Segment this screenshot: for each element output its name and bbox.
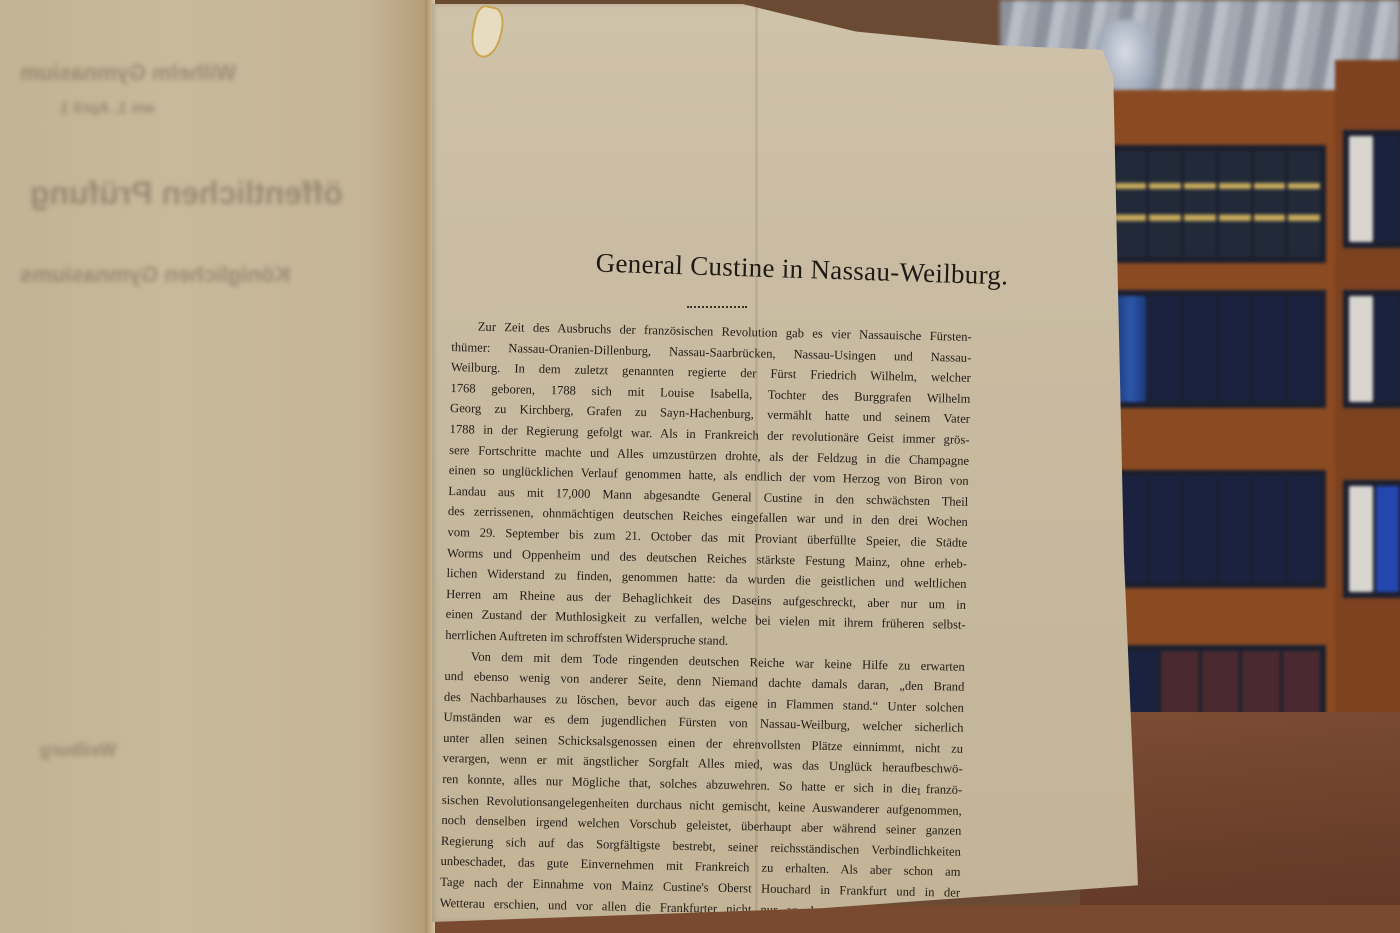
page-number: 1 bbox=[916, 786, 922, 798]
document-title: General Custine in Nassau-Weilburg. bbox=[522, 245, 1083, 294]
photo-scene: Wilhelm Gymnasium am 1. April 1 öffentli… bbox=[0, 0, 1400, 933]
page-tear-mark bbox=[467, 3, 507, 60]
right-page: General Custine in Nassau-Weilburg. Zur … bbox=[432, 4, 1138, 922]
shelf-row-right-top bbox=[1343, 130, 1400, 248]
left-page-blurred: Wilhelm Gymnasium am 1. April 1 öffentli… bbox=[0, 0, 430, 933]
ghost-text-line: Weilburg bbox=[40, 740, 117, 761]
bookshelf-right-unit bbox=[1335, 60, 1400, 740]
shelf-row-right-middle bbox=[1343, 290, 1400, 408]
document-body-text: Zur Zeit des Ausbruchs der französischen… bbox=[439, 316, 971, 924]
title-ornament-divider bbox=[687, 302, 747, 308]
ghost-text-line: Königlichen Gymnasiums bbox=[20, 262, 290, 288]
ghost-text-line: Wilhelm Gymnasium bbox=[20, 60, 236, 86]
shelf-row-right-lower bbox=[1343, 480, 1400, 598]
ghost-text-line: am 1. April 1 bbox=[60, 100, 155, 118]
ghost-text-line: öffentlichen Prüfung bbox=[30, 175, 343, 212]
